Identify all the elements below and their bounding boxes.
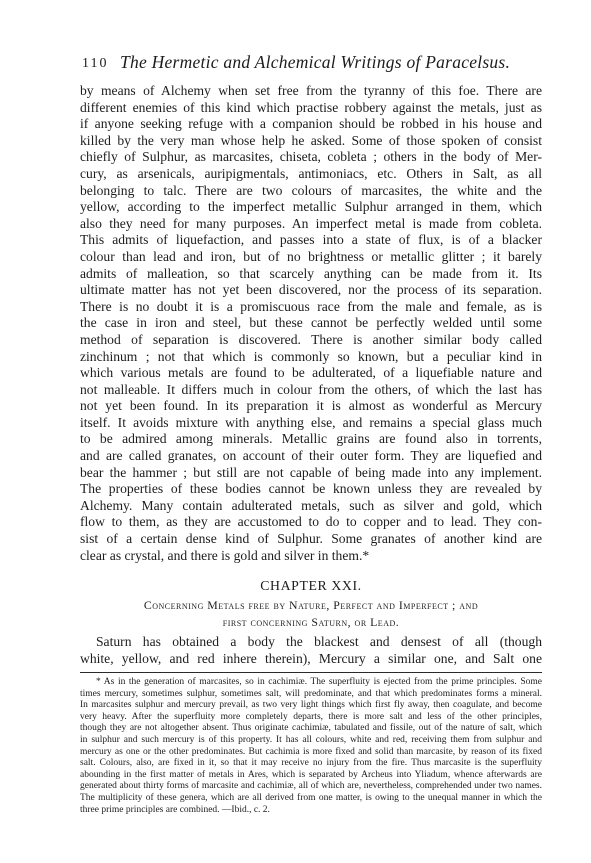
text-line: to be admired among minerals. Metallic g…	[80, 431, 542, 448]
text-line: also they need for many purposes. An imp…	[80, 216, 542, 233]
footnote-line: generated about thirty forms of marcasit…	[80, 781, 542, 793]
page-number: 110	[82, 56, 108, 72]
footnote: * As in the generation of marcasites, so…	[80, 677, 542, 816]
footnote-line: abounding in the first matter of metals …	[80, 770, 542, 782]
text-line: Alchemy. Many contain adulterated metals…	[80, 498, 542, 515]
page-header: 110 The Hermetic and Alchemical Writings…	[82, 52, 552, 74]
footnote-line: salt. Colours, also, are fixed in it, so…	[80, 758, 542, 770]
footnote-line: * As in the generation of marcasites, so…	[80, 677, 542, 689]
text-line: flow to them, as they are accustomed to …	[80, 514, 542, 531]
text-line: belonging to talc. There are two colours…	[80, 183, 542, 200]
body-text: by means of Alchemy when set free from t…	[80, 83, 542, 564]
footnote-divider	[80, 672, 542, 673]
text-line: sist of a certain dense kind of Sulphur.…	[80, 531, 542, 548]
text-line: killed by the very man whose help he ask…	[80, 133, 542, 150]
footnote-line: three prime principles are combined. —Ib…	[80, 805, 542, 817]
text-line: itself. It avoids mixture with anything …	[80, 415, 542, 432]
text-line: not yet been found. In its preparation i…	[80, 398, 542, 415]
chapter-subtitle: Concerning Metals free by Nature, Perfec…	[80, 597, 542, 631]
text-line: not malleable. It differs much in colour…	[80, 382, 542, 399]
text-line: There is no doubt it is a promiscuous ra…	[80, 299, 542, 316]
chapter-body: Saturn has obtained a body the blackest …	[80, 634, 542, 667]
text-line: Saturn has obtained a body the blackest …	[80, 634, 542, 651]
chapter-subtitle-line: first concerning Saturn, or Lead.	[80, 614, 542, 631]
text-line: method of separation is discovered. Ther…	[80, 332, 542, 349]
footnote-line: though they are not altogether absent. T…	[80, 723, 542, 735]
footnote-line: In marcasites sulphur and mercury prevai…	[80, 700, 542, 712]
text-line: bear the hammer ; but still are not capa…	[80, 465, 542, 482]
text-line: white, yellow, and red inhere therein), …	[80, 651, 542, 668]
text-line: and are called granates, on account of t…	[80, 448, 542, 465]
footnote-line: in sulphur and such mercury is of this p…	[80, 735, 542, 747]
footnote-line: The multiplicity of these genera, which …	[80, 793, 542, 805]
text-line: colour than lead and iron, but of no bri…	[80, 249, 542, 266]
text-line: clear as crystal, and there is gold and …	[80, 548, 542, 565]
running-title: The Hermetic and Alchemical Writings of …	[120, 52, 510, 73]
chapter-subtitle-line: Concerning Metals free by Nature, Perfec…	[80, 597, 542, 614]
text-line: different enemies of this kind which pra…	[80, 100, 542, 117]
chapter-heading: CHAPTER XXI.	[80, 578, 542, 594]
footnote-line: times mercury, sometimes sulphur, someti…	[80, 689, 542, 701]
text-line: ultimate matter has not yet been discove…	[80, 282, 542, 299]
text-line: admits of malleation, so that scarcely a…	[80, 266, 542, 283]
text-line: if anyone seeking refuge with a companio…	[80, 116, 542, 133]
text-line: The properties of these bodies cannot be…	[80, 481, 542, 498]
text-line: by means of Alchemy when set free from t…	[80, 83, 542, 100]
text-line: zinchinum ; not that which is commonly s…	[80, 349, 542, 366]
text-line: the case in iron and steel, but these ca…	[80, 315, 542, 332]
footnote-line: mercury as one or the other predominates…	[80, 747, 542, 759]
text-line: yellow, according to the imperfect metal…	[80, 199, 542, 216]
text-line: This admits of liquefaction, and passes …	[80, 232, 542, 249]
text-line: cury, as arsenicals, auripigmentals, ant…	[80, 166, 542, 183]
footnote-line: very heavy. After the superfluity more c…	[80, 712, 542, 724]
text-line: chiefly of Sulphur, as marcasites, chise…	[80, 149, 542, 166]
text-line: which various metals are found to be adu…	[80, 365, 542, 382]
